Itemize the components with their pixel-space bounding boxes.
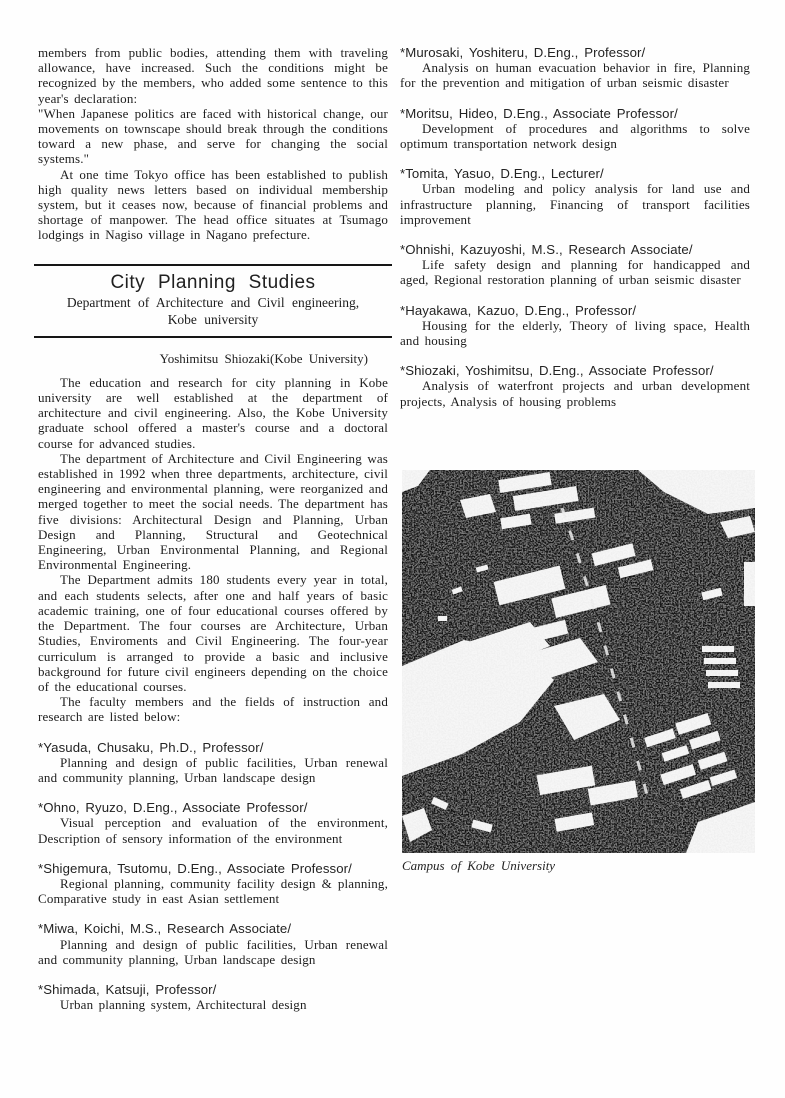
faculty-entry: *Yasuda, Chusaku, Ph.D., Professor/ Plan…	[38, 740, 388, 786]
photo-caption: Campus of Kobe University	[402, 858, 750, 874]
faculty-name: *Moritsu, Hideo, D.Eng., Associate Profe…	[400, 106, 750, 121]
faculty-fields: Analysis of waterfront projects and urba…	[400, 378, 750, 408]
faculty-name: *Miwa, Koichi, M.S., Research Associate/	[38, 921, 388, 936]
section-title: City Planning Studies	[34, 272, 392, 293]
faculty-entry: *Miwa, Koichi, M.S., Research Associate/…	[38, 921, 388, 967]
right-column: *Murosaki, Yoshiteru, D.Eng., Professor/…	[400, 45, 750, 1012]
faculty-name: *Shimada, Katsuji, Professor/	[38, 982, 388, 997]
section-header: City Planning Studies Department of Arch…	[34, 264, 392, 338]
faculty-entry: *Tomita, Yasuo, D.Eng., Lecturer/ Urban …	[400, 166, 750, 227]
faculty-fields: Urban planning system, Architectural des…	[38, 997, 388, 1012]
author-byline: Yoshimitsu Shiozaki(Kobe University)	[38, 351, 368, 366]
faculty-entry: *Shiozaki, Yoshimitsu, D.Eng., Associate…	[400, 363, 750, 409]
faculty-fields: Housing for the elderly, Theory of livin…	[400, 318, 750, 348]
faculty-entry: *Shigemura, Tsutomu, D.Eng., Associate P…	[38, 861, 388, 907]
faculty-name: *Tomita, Yasuo, D.Eng., Lecturer/	[400, 166, 750, 181]
faculty-entry: *Shimada, Katsuji, Professor/ Urban plan…	[38, 982, 388, 1012]
paragraph: The Department admits 180 students every…	[38, 572, 388, 694]
faculty-entry: *Murosaki, Yoshiteru, D.Eng., Professor/…	[400, 45, 750, 91]
faculty-fields: Planning and design of public facilities…	[38, 755, 388, 785]
paragraph: members from public bodies, attending th…	[38, 45, 388, 106]
paragraph: The department of Architecture and Civil…	[38, 451, 388, 573]
faculty-entry: *Hayakawa, Kazuo, D.Eng., Professor/ Hou…	[400, 303, 750, 349]
campus-photo-figure: Campus of Kobe University	[402, 470, 750, 874]
faculty-entry: *Ohno, Ryuzo, D.Eng., Associate Professo…	[38, 800, 388, 846]
faculty-entry: *Moritsu, Hideo, D.Eng., Associate Profe…	[400, 106, 750, 152]
document-page: members from public bodies, attending th…	[38, 45, 750, 1012]
faculty-name: *Shigemura, Tsutomu, D.Eng., Associate P…	[38, 861, 388, 876]
faculty-name: *Yasuda, Chusaku, Ph.D., Professor/	[38, 740, 388, 755]
faculty-fields: Regional planning, community facility de…	[38, 876, 388, 906]
paragraph: At one time Tokyo office has been establ…	[38, 167, 388, 243]
faculty-fields: Planning and design of public facilities…	[38, 937, 388, 967]
faculty-entry: *Ohnishi, Kazuyoshi, M.S., Research Asso…	[400, 242, 750, 288]
faculty-name: *Hayakawa, Kazuo, D.Eng., Professor/	[400, 303, 750, 318]
faculty-fields: Life safety design and planning for hand…	[400, 257, 750, 287]
paragraph: The faculty members and the fields of in…	[38, 694, 388, 724]
faculty-fields: Analysis on human evacuation behavior in…	[400, 60, 750, 90]
faculty-fields: Urban modeling and policy analysis for l…	[400, 181, 750, 227]
faculty-fields: Visual perception and evaluation of the …	[38, 815, 388, 845]
paragraph: The education and research for city plan…	[38, 375, 388, 451]
section-subtitle-university: Kobe university	[34, 312, 392, 328]
faculty-name: *Shiozaki, Yoshimitsu, D.Eng., Associate…	[400, 363, 750, 378]
left-column: members from public bodies, attending th…	[38, 45, 388, 1012]
section-subtitle-department: Department of Architecture and Civil eng…	[34, 295, 392, 311]
faculty-fields: Development of procedures and algorithms…	[400, 121, 750, 151]
faculty-name: *Ohno, Ryuzo, D.Eng., Associate Professo…	[38, 800, 388, 815]
quote-paragraph: "When Japanese politics are faced with h…	[38, 106, 388, 167]
campus-aerial-photo	[402, 470, 755, 853]
faculty-name: *Ohnishi, Kazuyoshi, M.S., Research Asso…	[400, 242, 750, 257]
faculty-name: *Murosaki, Yoshiteru, D.Eng., Professor/	[400, 45, 750, 60]
